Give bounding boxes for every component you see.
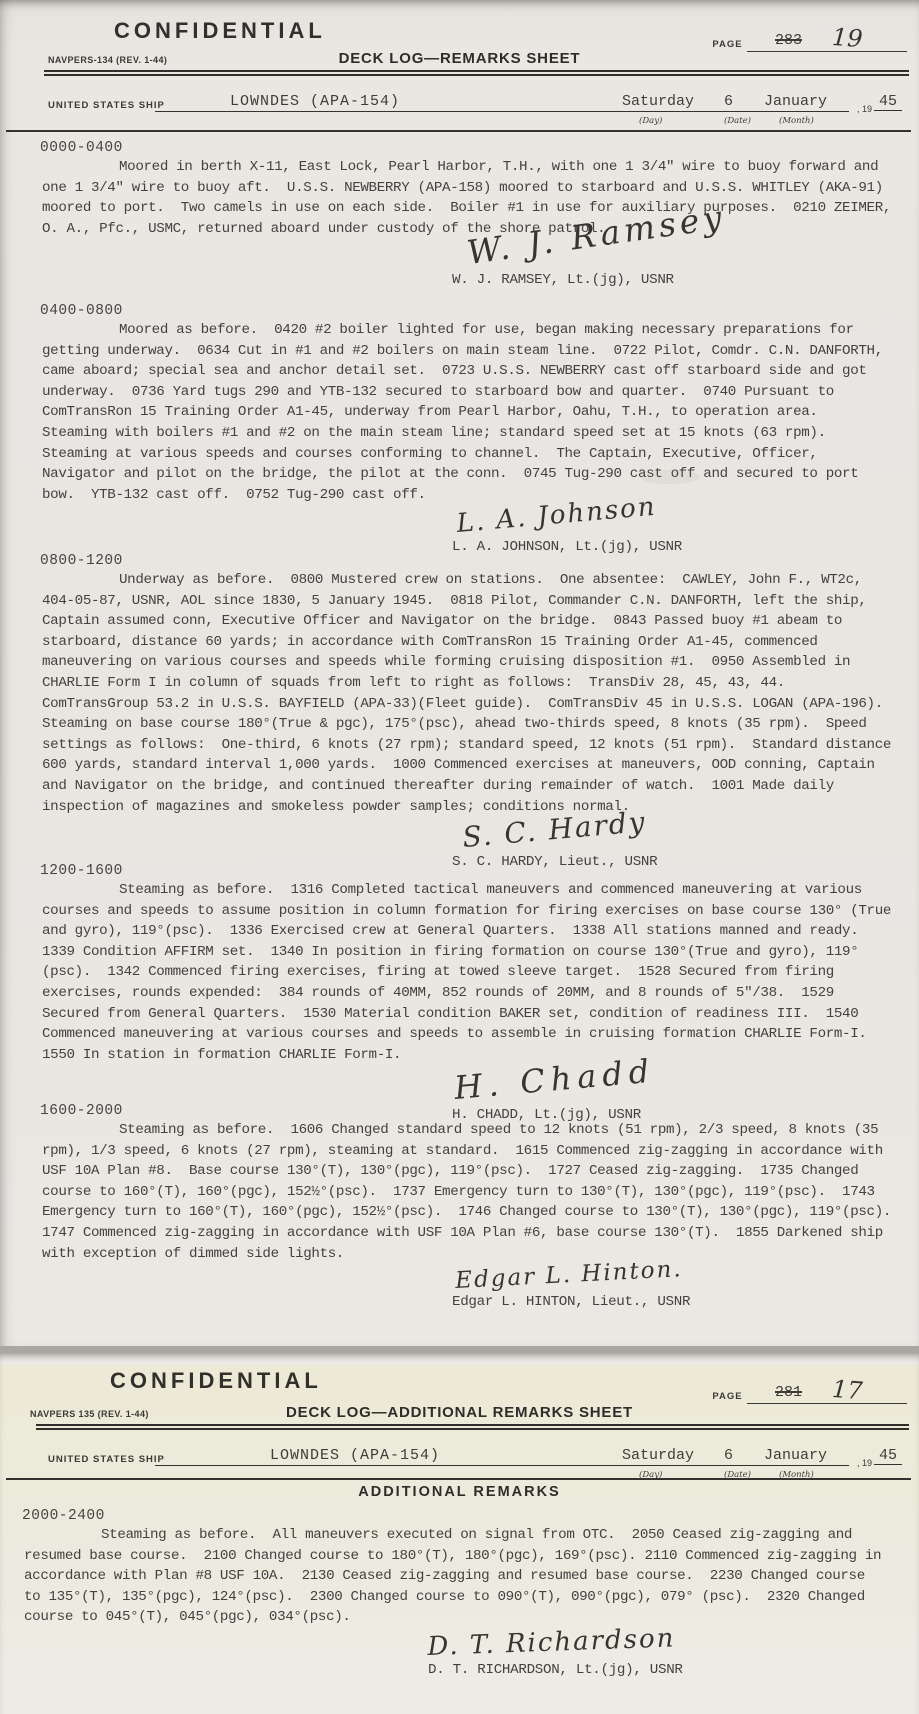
date-day: Saturday bbox=[622, 1447, 694, 1464]
year-prefix: , 19 bbox=[857, 1458, 872, 1468]
additional-remarks-title: ADDITIONAL REMARKS bbox=[0, 1484, 919, 1500]
time-range: 1600-2000 bbox=[40, 1103, 919, 1119]
page-label: PAGE bbox=[712, 1391, 742, 1402]
date-day: Saturday bbox=[622, 93, 694, 110]
log-entry-0400-0800: 0400-0800 Moored as before. 0420 #2 boil… bbox=[0, 303, 919, 555]
entry-text: Steaming as before. 1606 Changed standar… bbox=[42, 1120, 893, 1264]
sheet-title: DECK LOG—ADDITIONAL REMARKS SHEET bbox=[0, 1404, 919, 1421]
header-rule bbox=[36, 1424, 909, 1430]
sheet-title: DECK LOG—REMARKS SHEET bbox=[0, 50, 919, 67]
ship-name-line: LOWNDES (APA-154) bbox=[155, 1444, 630, 1466]
header-rule bbox=[44, 70, 909, 76]
time-range: 2000-2400 bbox=[22, 1508, 919, 1524]
ship-name: LOWNDES (APA-154) bbox=[270, 1447, 440, 1464]
page-number-struck: 281 bbox=[775, 1384, 802, 1401]
ship-row: UNITED STATES SHIP LOWNDES (APA-154) Sat… bbox=[48, 90, 909, 114]
time-range: 0000-0400 bbox=[40, 140, 919, 156]
month-label: (Month) bbox=[779, 116, 814, 126]
page-number-line: 281 17 bbox=[747, 1388, 907, 1404]
paper-blemish bbox=[640, 470, 700, 484]
signature-typed: W. J. RAMSEY, Lt.(jg), USNR bbox=[452, 272, 782, 288]
signature-typed: D. T. RICHARDSON, Lt.(jg), USNR bbox=[428, 1662, 758, 1678]
log-entry-1200-1600: 1200-1600 Steaming as before. 1316 Compl… bbox=[0, 863, 919, 1123]
ship-row: UNITED STATES SHIP LOWNDES (APA-154) Sat… bbox=[48, 1444, 909, 1468]
time-range: 1200-1600 bbox=[40, 863, 919, 879]
ship-label: UNITED STATES SHIP bbox=[48, 1454, 165, 1465]
date-area: Saturday 6 January , 19 45 bbox=[614, 1444, 904, 1466]
ship-row-rule bbox=[6, 130, 911, 132]
classification-banner: CONFIDENTIAL bbox=[114, 18, 326, 44]
date-area: Saturday 6 January , 19 45 bbox=[614, 90, 904, 112]
year-prefix: , 19 bbox=[857, 104, 872, 114]
year-value: 45 bbox=[874, 93, 902, 111]
page-number-box: PAGE 281 17 bbox=[712, 1386, 907, 1404]
date-month: January bbox=[764, 1447, 827, 1464]
signature-handwritten: D. T. Richardson bbox=[427, 1623, 676, 1662]
page-number-struck: 283 bbox=[775, 32, 802, 49]
additional-remarks-sheet: CONFIDENTIAL PAGE 281 17 NAVPERS 135 (RE… bbox=[0, 1352, 919, 1714]
date-line: Saturday 6 January bbox=[614, 90, 849, 112]
date-month: January bbox=[764, 93, 827, 110]
log-entry-0800-1200: 0800-1200 Underway as before. 0800 Muste… bbox=[0, 553, 919, 870]
log-entry-2000-2400: 2000-2400 Steaming as before. All maneuv… bbox=[0, 1508, 919, 1678]
log-entry-1600-2000: 1600-2000 Steaming as before. 1606 Chang… bbox=[0, 1103, 919, 1310]
date-line: Saturday 6 January bbox=[614, 1444, 849, 1466]
ship-name: LOWNDES (APA-154) bbox=[230, 93, 400, 110]
year-value: 45 bbox=[874, 1447, 902, 1465]
remarks-sheet: CONFIDENTIAL PAGE 283 19 NAVPERS-134 (RE… bbox=[0, 0, 919, 1346]
time-range: 0800-1200 bbox=[40, 553, 919, 569]
date-date: 6 bbox=[724, 1447, 733, 1464]
entry-text: Moored as before. 0420 #2 boiler lighted… bbox=[42, 320, 893, 505]
ship-row-rule bbox=[6, 1478, 911, 1480]
entry-text: Underway as before. 0800 Mustered crew o… bbox=[42, 570, 893, 817]
entry-text: Steaming as before. 1316 Completed tacti… bbox=[42, 880, 893, 1065]
date-date: 6 bbox=[724, 93, 733, 110]
signature-block: L. A. Johnson L. A. JOHNSON, Lt.(jg), US… bbox=[452, 509, 782, 555]
signature-block: Edgar L. Hinton. Edgar L. HINTON, Lieut.… bbox=[452, 1268, 782, 1310]
signature-block: D. T. Richardson D. T. RICHARDSON, Lt.(j… bbox=[428, 1632, 758, 1678]
page-number-handwritten: 17 bbox=[831, 1375, 863, 1405]
entry-text: Moored in berth X-11, East Lock, Pearl H… bbox=[42, 157, 893, 239]
date-label: (Date) bbox=[724, 116, 751, 126]
page-number-handwritten: 19 bbox=[831, 23, 863, 53]
signature-block: W. J. Ramsey W. J. RAMSEY, Lt.(jg), USNR bbox=[452, 233, 782, 288]
entry-text: Steaming as before. All maneuvers execut… bbox=[24, 1525, 889, 1628]
ship-name-line: LOWNDES (APA-154) bbox=[155, 90, 630, 112]
signature-typed: Edgar L. HINTON, Lieut., USNR bbox=[452, 1294, 782, 1310]
log-entry-0000-0400: 0000-0400 Moored in berth X-11, East Loc… bbox=[0, 140, 919, 288]
ship-label: UNITED STATES SHIP bbox=[48, 100, 165, 111]
day-label: (Day) bbox=[639, 116, 662, 126]
page-label: PAGE bbox=[712, 39, 742, 50]
time-range: 0400-0800 bbox=[40, 303, 919, 319]
classification-banner: CONFIDENTIAL bbox=[110, 1368, 322, 1394]
